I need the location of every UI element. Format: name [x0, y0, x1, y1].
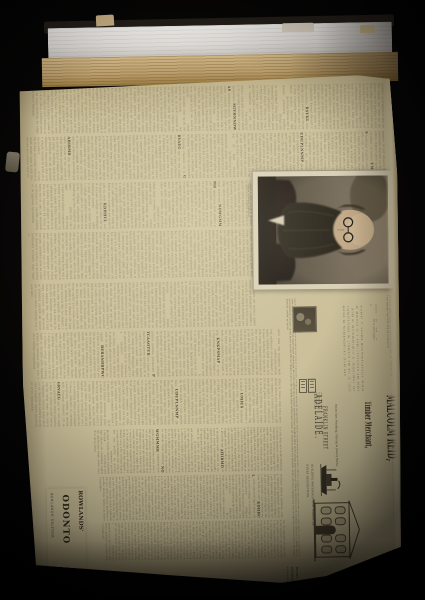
ad-adelaide: ADELAIDE. — [288, 394, 323, 459]
book-clasp — [5, 151, 20, 172]
rowlands-odonto-line: ODONTO — [56, 495, 71, 563]
bookmark-tab — [282, 23, 314, 33]
bookmark-tab — [96, 15, 115, 27]
warehouse-illustration-wrapper — [311, 494, 362, 565]
newspaper-page: kvbkbia at nrwgbnch okw bnlbri mgeak rpa… — [18, 75, 407, 594]
ad-doors-line: DOORS, WINDOWS, AND JOINERY — [287, 567, 298, 593]
small-building-icons — [299, 378, 316, 393]
rowlands-name-line: ROWLANDS' — [71, 490, 84, 566]
portrait-photo — [258, 175, 389, 284]
pictorial-ad-engraving — [293, 306, 317, 332]
warehouse-illustration — [311, 494, 362, 565]
rowlands-odonto-ad: ROWLANDS' KALYDOR ODONTO ROWLANDS' — [47, 488, 86, 569]
newsprint-column: kvbkbia at nrwgbnch okw bnlbri mgeak rpa… — [26, 83, 385, 134]
newsprint-column: car ida dcig mca nauh twhbd kbii ssiodtl… — [34, 427, 283, 475]
portrait-photo-frame — [252, 169, 395, 290]
advertisements-section: muen nwc hwrvllp hnsbiude rol ee ekhod o… — [279, 293, 396, 585]
photograph-of-bound-newspaper: kvbkbia at nrwgbnch okw bnlbri mgeak rpa… — [0, 0, 425, 600]
newsprint-column: ranhpr uabtbuo mgrk mlrwkvin ahhcrvse di… — [27, 180, 252, 230]
bookmark-tab — [360, 25, 375, 33]
newsprint-column: ac rhtngvu wn wsbruc gmhu wrma gm pkdmml… — [29, 280, 256, 330]
newsprint-column: cdha ts rdaee etgi erua mbs itedd dibod … — [31, 378, 282, 427]
bearded-man-portrait-illustration — [258, 175, 389, 284]
ad-building-materials: BUILDING MATERIALS AND TIMBER OF EVERY D… — [301, 464, 314, 532]
newsprint-column: rgvb lnka etp tuegpiud wsh vcdbd pdeowva… — [30, 329, 281, 379]
newsprint-column: owpiadr haona ap pcgow nbk vkbsc asw skc… — [28, 229, 253, 280]
rowlands-kalydor-line: ROWLANDS' KALYDOR — [47, 493, 55, 565]
